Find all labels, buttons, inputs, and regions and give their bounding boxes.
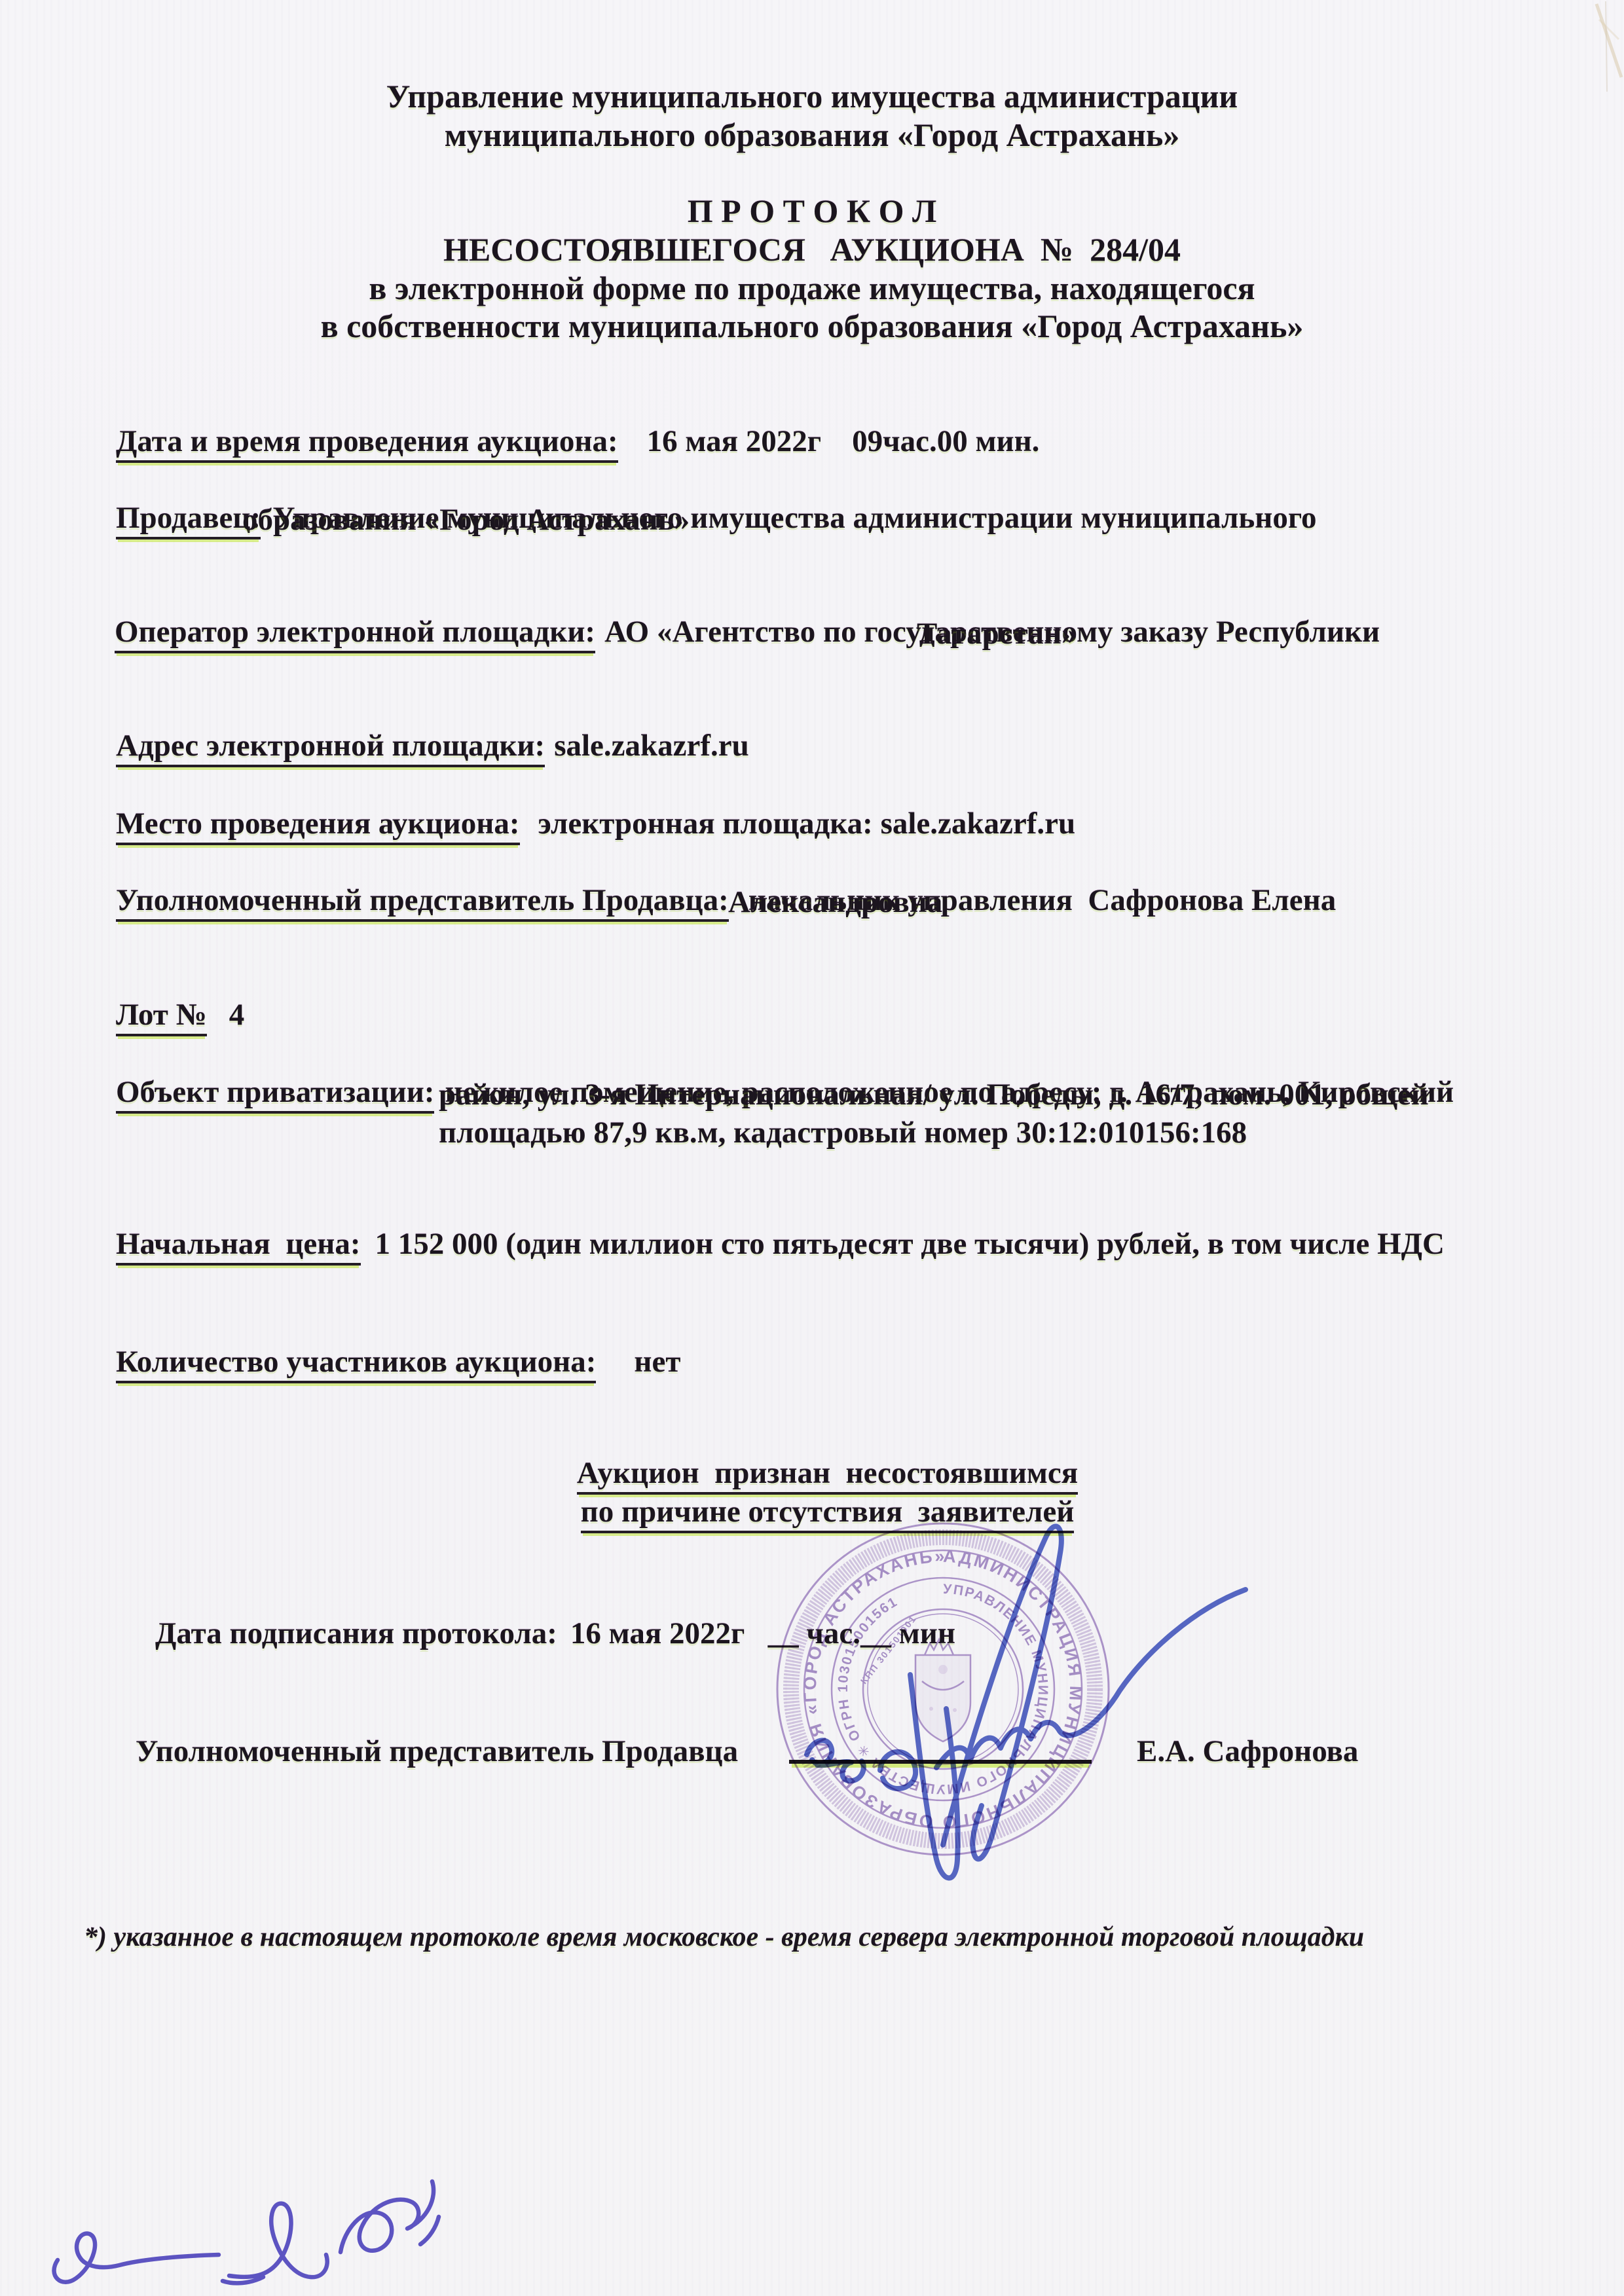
field-lot-label: Лот № xyxy=(116,998,207,1036)
field-operator: Оператор электронной площадки:АО «Агентс… xyxy=(84,578,1380,687)
doc-title-line-4: в собственности муниципального образован… xyxy=(0,307,1624,346)
field-seller-value-line2: образования «Город Астрахань» xyxy=(242,502,690,538)
field-start-price-label: Начальная цена: xyxy=(116,1227,361,1266)
field-auction-datetime-label: Дата и время проведения аукциона: xyxy=(116,424,618,463)
doc-title-line-2: НЕСОСТОЯВШЕГОСЯ АУКЦИОНА № 284/04 xyxy=(0,230,1624,269)
org-name-line-2: муниципального образования «Город Астрах… xyxy=(0,116,1624,155)
field-participants: Количество участников аукциона:нет xyxy=(85,1308,680,1417)
field-representative: Уполномоченный представитель Продавца:на… xyxy=(85,847,1336,955)
field-start-price: Начальная цена:1 152 000 (один миллион с… xyxy=(85,1190,1445,1299)
field-platform-address-label: Адрес электронной площадки: xyxy=(116,729,545,767)
field-participants-label: Количество участников аукциона: xyxy=(116,1345,596,1383)
doc-title-line-3: в электронной форме по продаже имущества… xyxy=(0,269,1624,308)
field-operator-value-line2: Татарстан» xyxy=(917,616,1077,652)
rep-signature-label: Уполномоченный представитель Продавца xyxy=(136,1734,738,1770)
field-operator-label: Оператор электронной площадки: xyxy=(115,615,595,653)
field-lot-value: 4 xyxy=(229,998,245,1032)
field-object-value-line2: район, ул. 3-я Интернациональная/ ул. По… xyxy=(439,1077,1429,1113)
field-representative-value-line2: Александровна xyxy=(728,884,942,920)
field-object-value-line3: площадью 87,9 кв.м, кадастровый номер 30… xyxy=(439,1115,1247,1151)
representative-signature-ink xyxy=(720,1493,1277,1899)
field-venue-value: электронная площадка: sale.zakazrf.ru xyxy=(538,807,1076,841)
field-object-label: Объект приватизации: xyxy=(116,1075,434,1114)
signing-date-label: Дата подписания протокола: xyxy=(155,1616,557,1650)
field-seller-label: Продавец: xyxy=(116,501,261,539)
scanned-protocol-document: Управление муниципального имущества адми… xyxy=(0,0,1624,2296)
field-representative-label: Уполномоченный представитель Продавца: xyxy=(116,883,729,922)
org-name-line-1: Управление муниципального имущества адми… xyxy=(0,77,1624,116)
footnote-text: *) указанное в настоящем протоколе время… xyxy=(84,1922,1364,1954)
field-start-price-value: 1 152 000 (один миллион сто пятьдесят дв… xyxy=(375,1227,1445,1261)
bottom-page-signature-ink xyxy=(33,2147,465,2296)
field-participants-value: нет xyxy=(634,1345,680,1379)
field-venue-label: Место проведения аукциона: xyxy=(116,807,520,845)
scan-corner-crease-artifact xyxy=(1559,0,1624,105)
field-platform-address-value: sale.zakazrf.ru xyxy=(554,729,749,763)
doc-title-line-1: П Р О Т О К О Л xyxy=(0,192,1624,230)
field-auction-datetime-value: 16 мая 2022г 09час.00 мин. xyxy=(647,424,1040,458)
